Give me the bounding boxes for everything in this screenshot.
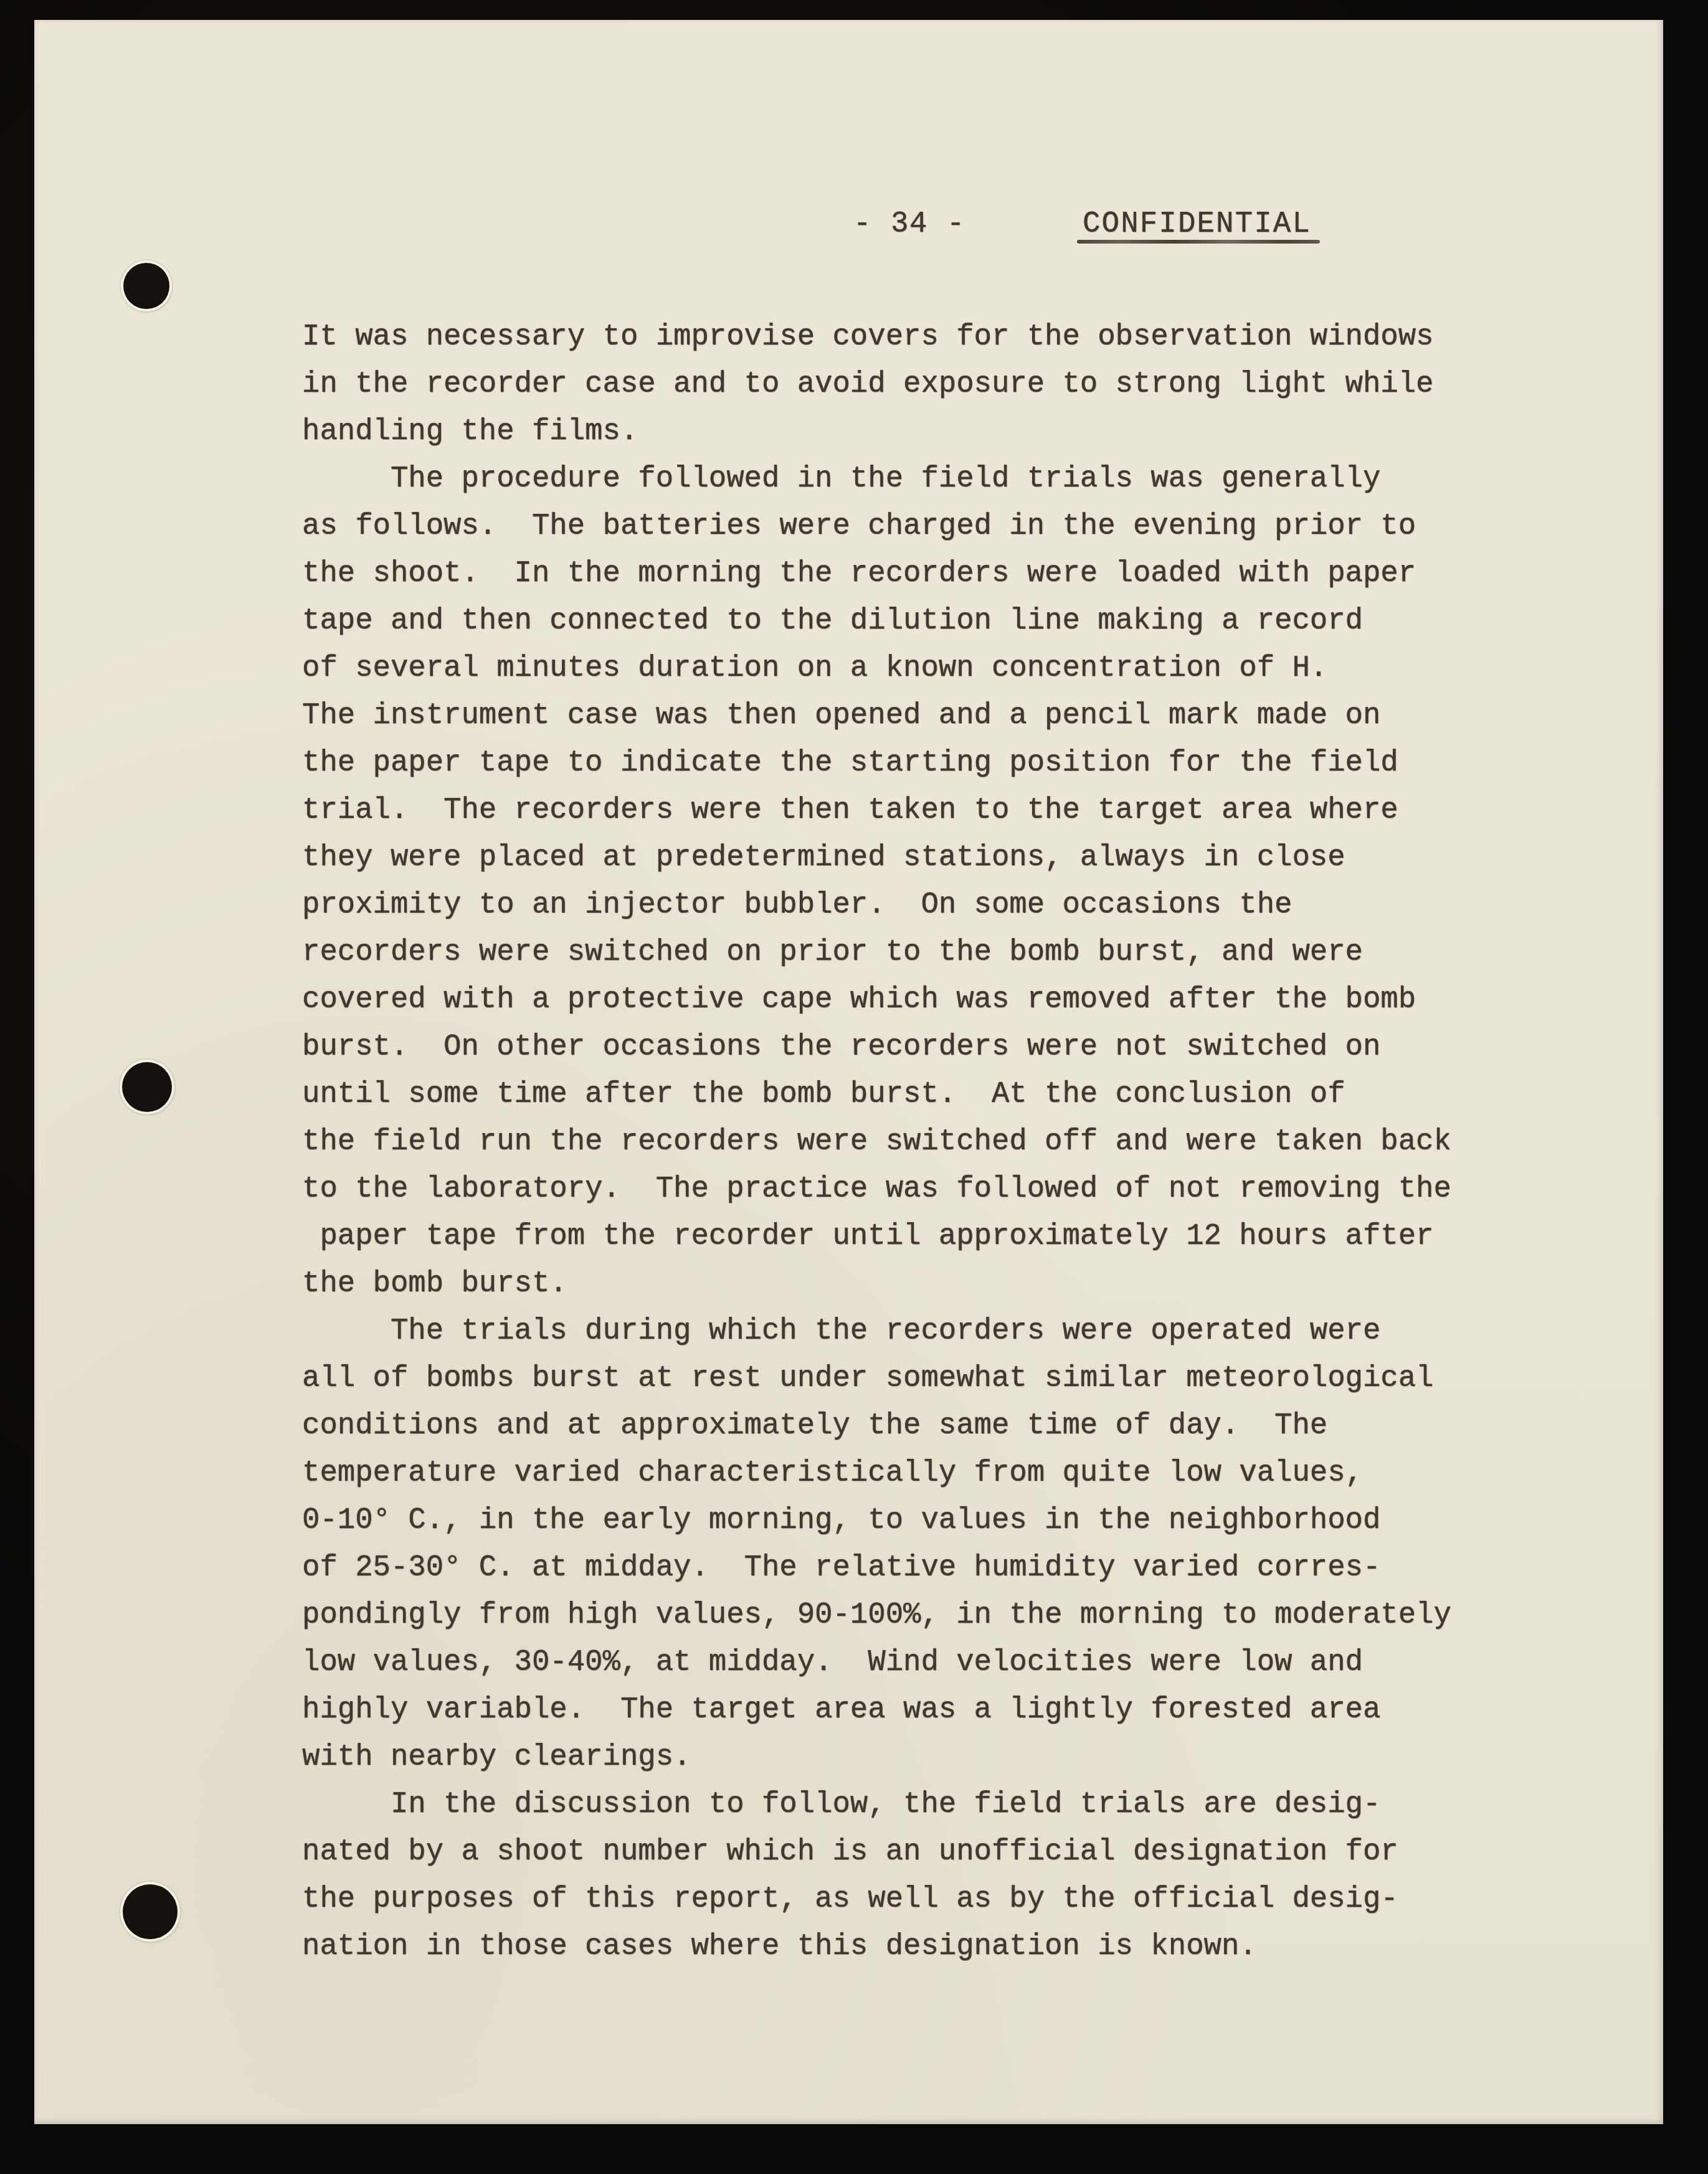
classification-underline	[1077, 240, 1320, 244]
punch-hole-bottom	[123, 1884, 178, 1939]
body-text: It was necessary to improvise covers for…	[302, 314, 1451, 1971]
scan-background: - 34 - CONFIDENTIAL It was necessary to …	[0, 0, 1708, 2174]
document-page: - 34 - CONFIDENTIAL It was necessary to …	[34, 20, 1663, 2124]
page-number: - 34 -	[853, 210, 965, 239]
punch-hole-middle	[122, 1062, 172, 1112]
classification-stamp: CONFIDENTIAL	[1083, 210, 1311, 239]
punch-hole-top	[123, 263, 169, 309]
